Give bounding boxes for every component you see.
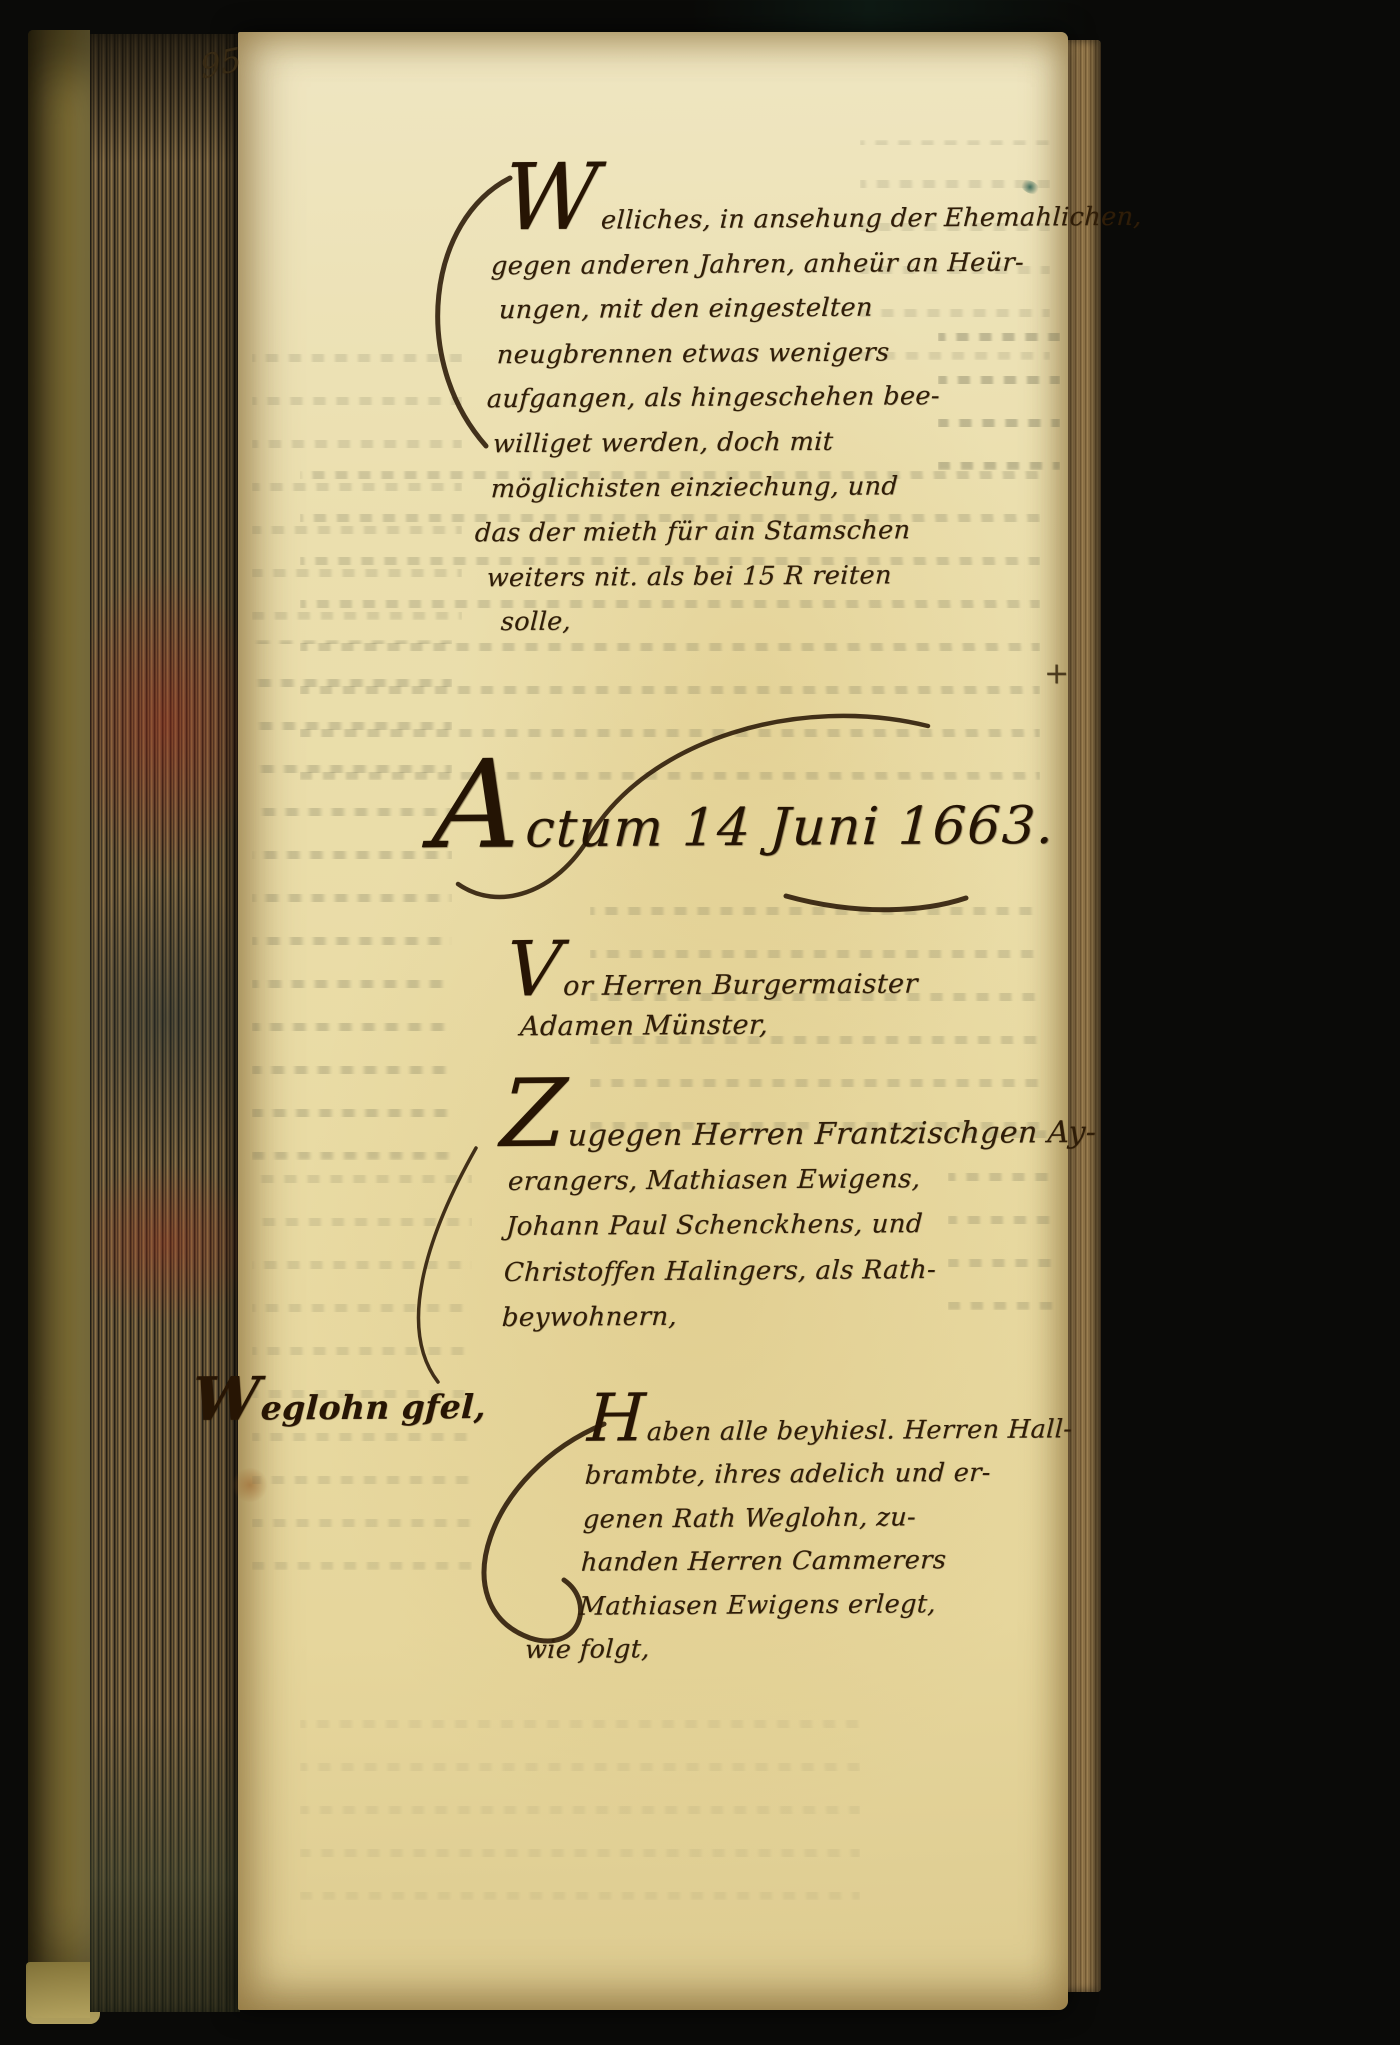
- fore-edge-shadow-bottom: [90, 1714, 240, 2012]
- bleed-through-pattern: [252, 640, 452, 1160]
- book-cover-edge: [28, 30, 90, 2018]
- book-fore-edge: [90, 34, 240, 2012]
- bleed-through-pattern: [300, 1700, 860, 1900]
- manuscript-line: Vor Herren Burgermaister: [505, 965, 919, 1008]
- paragraph-main: Welliches, in ansehung der Ehemahlichen,…: [484, 194, 1143, 645]
- manuscript-line: Adamen Münster,: [519, 1005, 917, 1048]
- manuscript-line: neugbrennen etwas wenigers: [496, 329, 1137, 378]
- manuscript-line: das der mieth für ain Stamschen: [474, 507, 1129, 556]
- paragraph-resolution: Haben alle beyhiesl. Herren Hall- brambt…: [576, 1408, 1073, 1672]
- manuscript-line: möglichisten einziechung, und: [490, 462, 1131, 511]
- manuscript-line: brambte, ihres adelich und er-: [584, 1452, 1071, 1499]
- manuscript-line: solle,: [500, 596, 1125, 645]
- paragraph-attendees: Zugegen Herren Frantzischgen Ay- eranger…: [491, 1110, 1098, 1342]
- fore-edge-dark-band: [90, 864, 240, 1174]
- manuscript-line: wie folgt,: [524, 1625, 1063, 1672]
- fore-edge-red-speckle: [90, 534, 240, 914]
- manuscript-line: ungen, mit den eingestelten: [498, 284, 1139, 333]
- fore-edge-red-speckle: [90, 1154, 240, 1334]
- manuscript-line: Johann Paul Schenckhens, und: [505, 1201, 1093, 1251]
- manuscript-line: gegen anderen Jahren, anheür an Heür-: [490, 239, 1141, 288]
- book-cover-corner: [26, 1962, 100, 2024]
- manuscript-photo: 95 Welliches, in ansehung der Ehemahlich…: [0, 0, 1400, 2045]
- manuscript-line: beywohnern,: [501, 1292, 1089, 1342]
- actum-date-heading: Actum 14 Juni 1663.: [430, 778, 1057, 878]
- manuscript-line: Welliches, in ansehung der Ehemahlichen,: [502, 194, 1143, 244]
- manuscript-line: weiters nit. als bei 15 R reiten: [486, 552, 1127, 601]
- manuscript-line: handen Herren Cammerers: [580, 1539, 1067, 1586]
- margin-note-weglohn: Weglohn gfel,: [191, 1387, 487, 1428]
- manuscript-line: aufgangen, als hingeschehen bee-: [486, 373, 1135, 422]
- bleed-through-pattern: [252, 1150, 472, 1570]
- manuscript-line: Haben alle beyhiesl. Herren Hall-: [586, 1408, 1073, 1455]
- manuscript-line: Zugegen Herren Frantzischgen Ay-: [499, 1110, 1097, 1160]
- edge-plus-mark: +: [1044, 656, 1070, 691]
- bleed-through-pattern: [252, 320, 462, 620]
- paragraph-presiding: Vor Herren Burgermaister Adamen Münster,: [503, 965, 919, 1048]
- manuscript-line: erangers, Mathiasen Ewigens,: [507, 1155, 1095, 1205]
- manuscript-line: Mathiasen Ewigens erlegt,: [578, 1582, 1065, 1629]
- background-tint: [690, 0, 1090, 34]
- manuscript-line: Christoffen Halingers, als Rath-: [503, 1246, 1091, 1296]
- manuscript-line: williget werden, doch mit: [492, 418, 1133, 467]
- manuscript-line: genen Rath Weglohn, zu-: [582, 1495, 1069, 1542]
